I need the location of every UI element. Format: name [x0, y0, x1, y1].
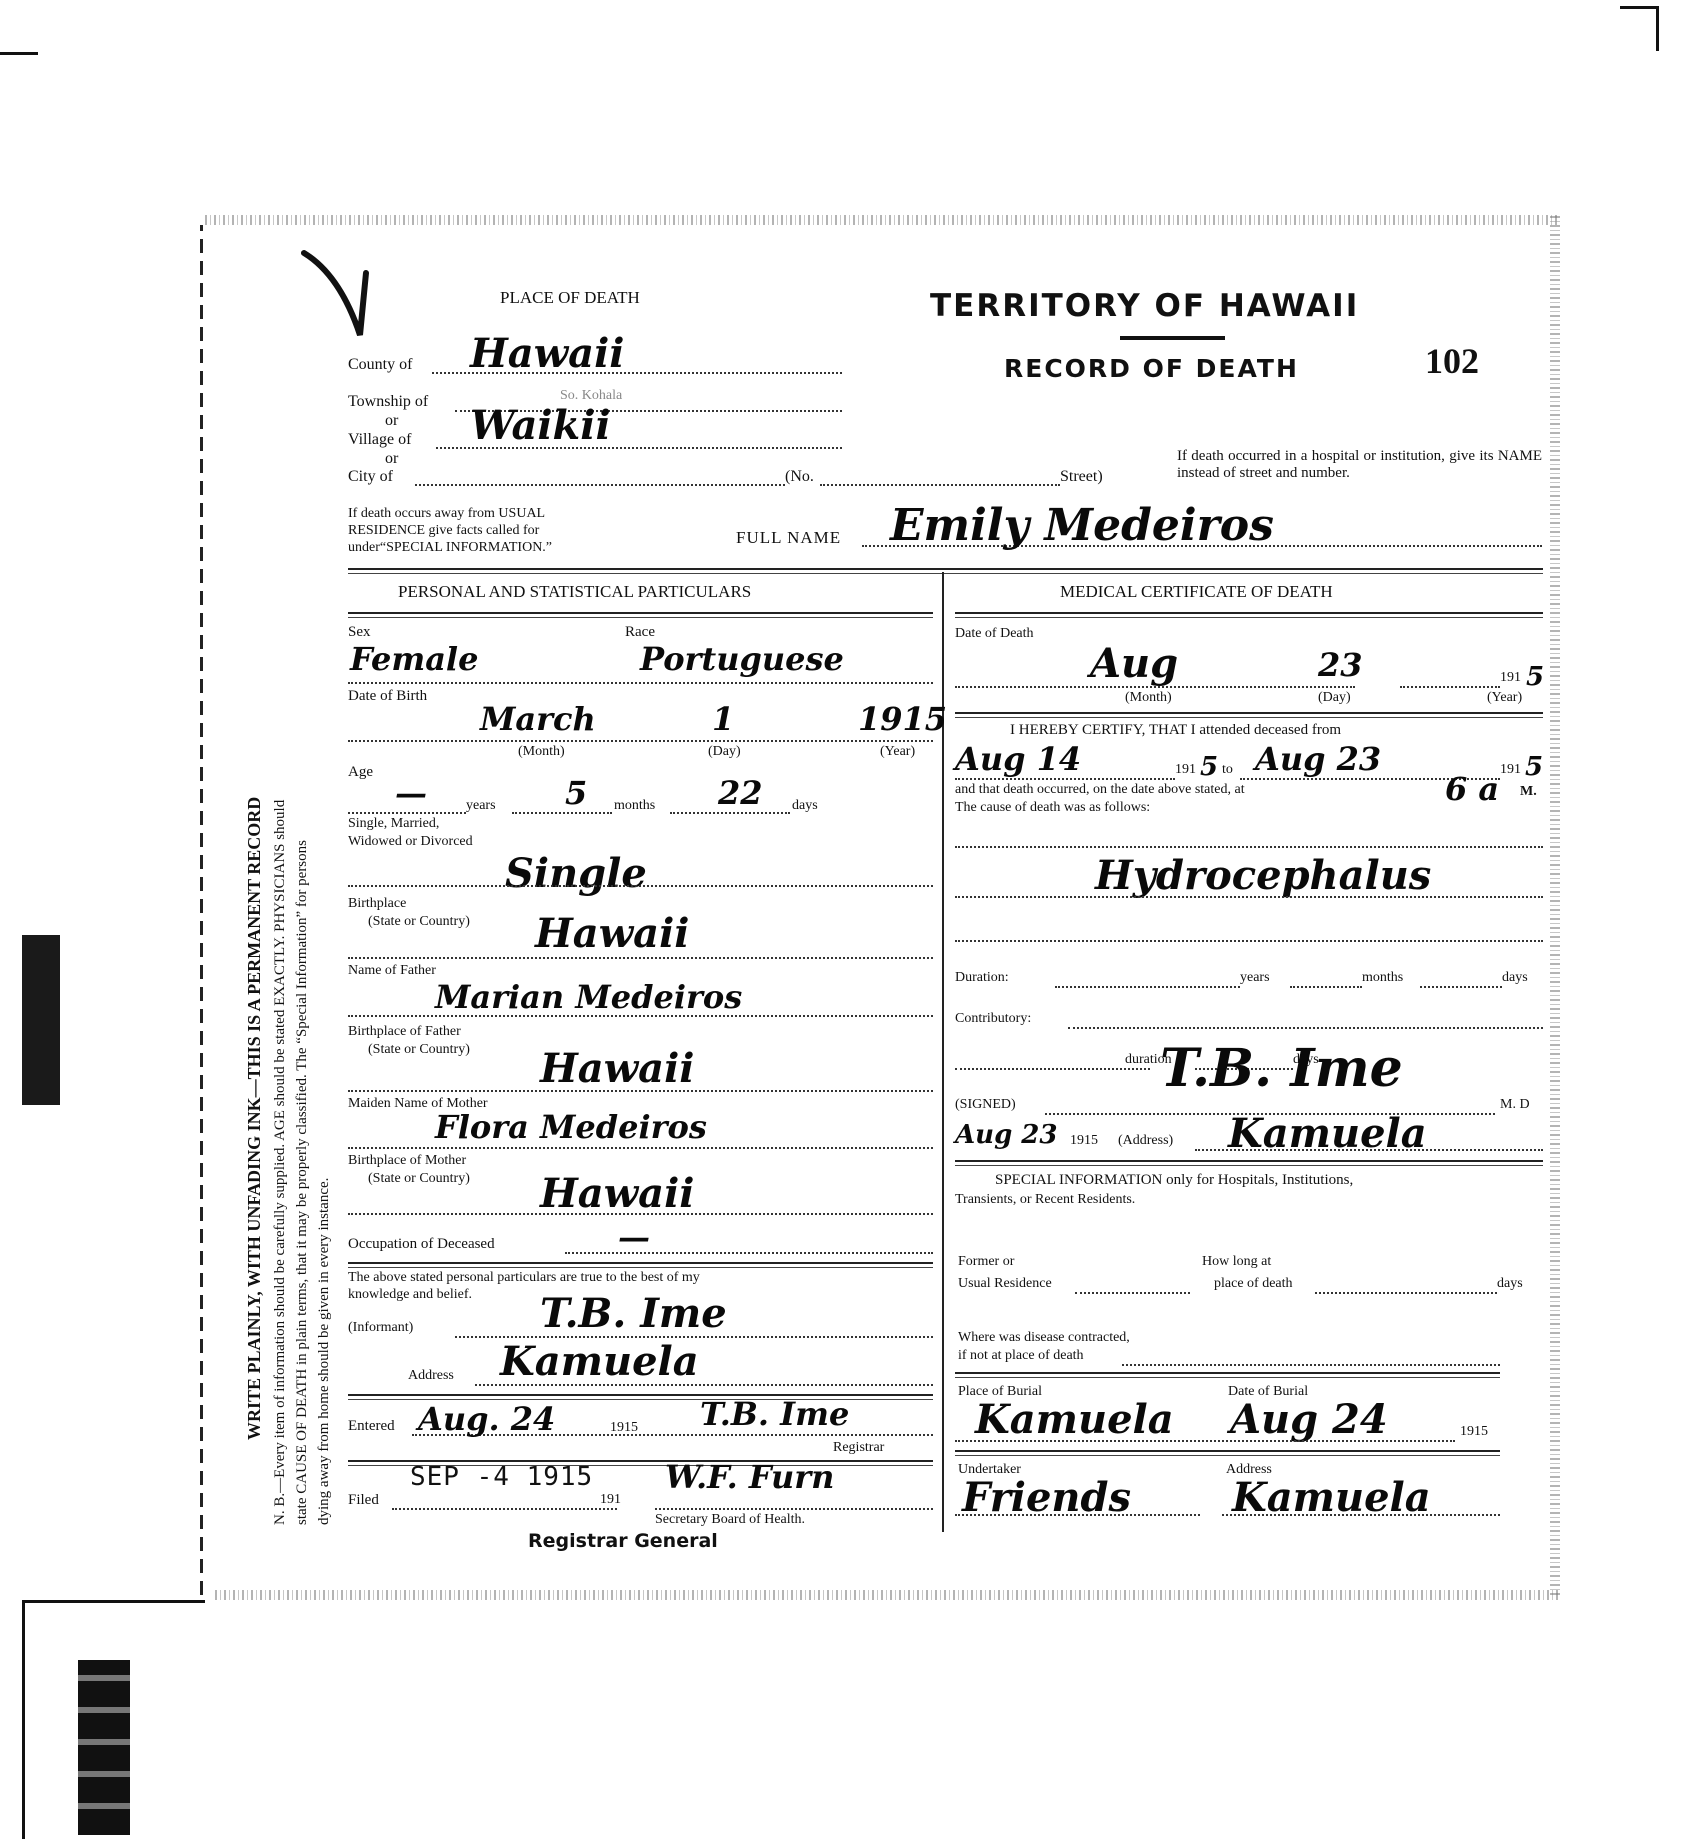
dod-month-caption: (Month) [1125, 690, 1172, 706]
mother-name-line [348, 1147, 933, 1149]
cause-line-1 [955, 846, 1543, 848]
title-underline [1120, 336, 1225, 340]
physician-signature: T.B. Ime [1160, 1038, 1403, 1099]
entered-label: Entered [348, 1418, 395, 1435]
informant-address-value: Kamuela [500, 1338, 699, 1385]
place-of-death-heading: PLACE OF DEATH [500, 288, 640, 308]
checkmark-icon [300, 245, 390, 345]
city-label: City of [348, 468, 393, 486]
full-name-value: Emily Medeiros [890, 500, 1274, 551]
father-birthplace-line [348, 1090, 933, 1092]
city-line-2 [820, 484, 1060, 486]
burial-place-value: Kamuela [975, 1396, 1174, 1443]
header-divider [348, 568, 1543, 574]
signed-rule [955, 1160, 1543, 1166]
margin-nb-line-1: N. B.—Every item of information should b… [272, 800, 289, 1525]
form-title: TERRITORY OF HAWAII [930, 288, 1359, 324]
marital-line [348, 885, 933, 887]
medical-heading: MEDICAL CERTIFICATE OF DEATH [1060, 582, 1333, 602]
burial-line [955, 1440, 1455, 1442]
birthplace-value: Hawaii [535, 910, 689, 957]
mother-birthplace-label-2: (State or Country) [368, 1171, 470, 1187]
marital-label-1: Single, Married, [348, 816, 439, 832]
cause-of-death: Hydrocephalus [1095, 852, 1431, 899]
dod-label: Date of Death [955, 626, 1034, 642]
marital-label-2: Widowed or Divorced [348, 834, 473, 850]
duration-days-label: days [1502, 970, 1528, 986]
form-right-edge [1550, 215, 1560, 1595]
dob-label: Date of Birth [348, 688, 427, 705]
contracted-label-1: Where was disease contracted, [958, 1330, 1130, 1346]
age-months-value: 5 [565, 774, 587, 812]
age-days-value: 22 [718, 774, 763, 812]
dob-year-caption: (Year) [880, 744, 915, 760]
margin-nb-line-2: state CAUSE OF DEATH in plain terms, tha… [294, 840, 311, 1525]
undertaker-address-line [1222, 1514, 1500, 1516]
father-name-label: Name of Father [348, 963, 436, 979]
margin-nb-line-3: dying away from home should be given in … [316, 1178, 333, 1525]
mother-birthplace-label-1: Birthplace of Mother [348, 1153, 466, 1169]
occurred-text: and that death occurred, on the date abo… [955, 782, 1245, 798]
usual-residence-note-3: under“SPECIAL INFORMATION.” [348, 540, 552, 556]
dob-year: 1915 [858, 700, 947, 738]
dod-line-2 [1400, 686, 1500, 688]
former-residence-line [1075, 1292, 1190, 1294]
entered-date: Aug. 24 [418, 1400, 555, 1438]
scan-mark-top-left [0, 52, 38, 55]
cause-line-2 [955, 896, 1543, 898]
dob-day: 1 [712, 700, 734, 738]
secretary-line [655, 1508, 933, 1510]
cause-intro: The cause of death was as follows: [955, 800, 1150, 816]
informant-signature: T.B. Ime [540, 1290, 727, 1337]
dod-year-suffix: 5 [1526, 662, 1544, 692]
age-label: Age [348, 764, 373, 781]
secretary-signature: W.F. Furn [665, 1458, 834, 1496]
attended-from-line [955, 778, 1175, 780]
age-months-label: months [614, 798, 655, 814]
age-days-line [670, 812, 790, 814]
age-years-line [348, 812, 466, 814]
sex-label: Sex [348, 624, 371, 641]
dob-month: March [480, 700, 596, 738]
scan-corner-mark [1620, 6, 1659, 51]
informant-label: (Informant) [348, 1320, 413, 1336]
county-value: Hawaii [470, 330, 624, 377]
how-long-days-label: days [1497, 1276, 1523, 1292]
duration-days-line [1420, 986, 1502, 988]
full-name-label: FULL NAME [736, 528, 841, 548]
mother-birthplace-value: Hawaii [540, 1170, 694, 1217]
age-months-line [512, 812, 612, 814]
burial-date-value: Aug 24 [1230, 1396, 1388, 1443]
personal-heading-rule [348, 612, 933, 618]
county-label: County of [348, 356, 412, 374]
dod-month: Aug [1090, 640, 1178, 687]
physician-address-label: (Address) [1118, 1133, 1173, 1149]
attended-from: Aug 14 [955, 740, 1081, 778]
occupation-label: Occupation of Deceased [348, 1236, 495, 1253]
to-year-suffix: 5 [1525, 752, 1543, 782]
birthplace-line [348, 957, 933, 959]
duration-months-line [1290, 986, 1362, 988]
how-long-label-2: place of death [1214, 1276, 1293, 1292]
contributory-duration-line [955, 1068, 1150, 1070]
physician-address-value: Kamuela [1228, 1110, 1427, 1157]
registrar-signature: T.B. Ime [700, 1395, 849, 1433]
time-of-death: 6 a [1445, 770, 1499, 808]
city-street-label: Street) [1060, 468, 1103, 486]
birthplace-label-1: Birthplace [348, 896, 406, 912]
record-number: 102 [1425, 340, 1479, 382]
contributory-label: Contributory: [955, 1011, 1031, 1027]
entered-year: 1915 [610, 1420, 638, 1436]
attest-line-1: The above stated personal particulars ar… [348, 1270, 700, 1286]
usual-residence-note-1: If death occurs away from USUAL [348, 506, 545, 522]
mother-birthplace-line [348, 1213, 933, 1215]
how-long-label-1: How long at [1202, 1254, 1271, 1270]
occupation-value: — [618, 1218, 650, 1256]
filed-line [392, 1508, 617, 1510]
village-label: Village of [348, 431, 411, 449]
from-year-prefix: 191 [1175, 762, 1196, 778]
contributory-line [1068, 1027, 1543, 1029]
village-value: Waikii [470, 402, 611, 449]
secretary-label: Secretary Board of Health. [655, 1512, 805, 1528]
form-subtitle: RECORD OF DEATH [1004, 354, 1299, 383]
signed-date: Aug 23 [955, 1120, 1058, 1150]
scan-black-bar [22, 935, 60, 1105]
form-left-edge [200, 225, 203, 1595]
occupation-rule [348, 1262, 933, 1268]
dod-line-1 [955, 686, 1355, 688]
dod-rule [955, 712, 1543, 718]
former-residence-label-2: Usual Residence [958, 1276, 1052, 1292]
mother-name-value: Flora Medeiros [435, 1108, 707, 1146]
filed-year-prefix: 191 [600, 1492, 621, 1508]
am-pm-label: M. [1520, 784, 1537, 800]
filed-label: Filed [348, 1492, 379, 1509]
duration-years-line [1055, 986, 1240, 988]
md-label: M. D [1500, 1097, 1530, 1113]
signed-year: 1915 [1070, 1133, 1098, 1149]
signed-label: (SIGNED) [955, 1097, 1016, 1113]
or-label-1: or [385, 412, 398, 430]
cause-line-3 [955, 940, 1543, 942]
dob-line [348, 740, 933, 742]
duration-label: Duration: [955, 970, 1009, 986]
or-label-2: or [385, 450, 398, 468]
age-years-label: years [466, 798, 496, 814]
city-no-label: (No. [785, 468, 814, 486]
special-info-line-1: SPECIAL INFORMATION only for Hospitals, … [995, 1172, 1353, 1189]
dod-year-prefix: 191 [1500, 670, 1521, 686]
personal-heading: PERSONAL AND STATISTICAL PARTICULARS [398, 582, 751, 602]
sex-race-line [348, 682, 933, 684]
from-year-suffix: 5 [1200, 752, 1218, 782]
age-years-value: — [395, 774, 427, 812]
father-name-value: Marian Medeiros [435, 978, 742, 1016]
attest-line-2: knowledge and belief. [348, 1287, 472, 1303]
birthplace-label-2: (State or Country) [368, 914, 470, 930]
duration-months-label: months [1362, 970, 1403, 986]
filed-stamp: SEP -4 1915 [410, 1462, 593, 1492]
race-label: Race [625, 624, 655, 641]
father-birthplace-label-1: Birthplace of Father [348, 1024, 461, 1040]
dod-day: 23 [1318, 646, 1363, 684]
form-bottom-edge [215, 1590, 1560, 1600]
dob-day-caption: (Day) [708, 744, 741, 760]
marital-value: Single [505, 850, 647, 897]
registrar-label: Registrar [833, 1440, 884, 1456]
burial-year: 1915 [1460, 1424, 1488, 1440]
contracted-label-2: if not at place of death [958, 1348, 1084, 1364]
contracted-line [1122, 1364, 1500, 1366]
how-long-line [1315, 1292, 1497, 1294]
scan-bottom-block [78, 1660, 130, 1835]
special-info-line-2: Transients, or Recent Residents. [955, 1192, 1135, 1208]
father-birthplace-value: Hawaii [540, 1045, 694, 1092]
to-label: to [1222, 762, 1233, 778]
attended-to: Aug 23 [1255, 740, 1381, 778]
sex-value: Female [350, 640, 478, 678]
city-line-1 [415, 484, 785, 486]
dob-month-caption: (Month) [518, 744, 565, 760]
age-days-label: days [792, 798, 818, 814]
former-residence-label-1: Former or [958, 1254, 1014, 1270]
contracted-rule [955, 1372, 1500, 1378]
usual-residence-note-2: RESIDENCE give facts called for [348, 523, 539, 539]
hospital-note: If death occurred in a hospital or insti… [1177, 448, 1542, 482]
form-top-edge [205, 215, 1560, 225]
registrar-general-stamp: Registrar General [528, 1530, 718, 1552]
undertaker-line [955, 1514, 1200, 1516]
duration-years-label: years [1240, 970, 1270, 986]
margin-permanent-record: WRITE PLAINLY, WITH UNFADING INK—THIS IS… [244, 797, 265, 1440]
dod-year-caption: (Year) [1487, 690, 1522, 706]
certify-text: I HEREBY CERTIFY, THAT I attended deceas… [1010, 722, 1341, 739]
burial-rule [955, 1450, 1500, 1456]
father-birthplace-label-2: (State or Country) [368, 1042, 470, 1058]
to-year-prefix: 191 [1500, 762, 1521, 778]
township-label: Township of [348, 393, 428, 411]
race-value: Portuguese [640, 640, 844, 678]
informant-address-label: Address [408, 1368, 454, 1384]
dod-day-caption: (Day) [1318, 690, 1351, 706]
father-name-line [348, 1015, 933, 1017]
medical-heading-rule [955, 612, 1543, 618]
